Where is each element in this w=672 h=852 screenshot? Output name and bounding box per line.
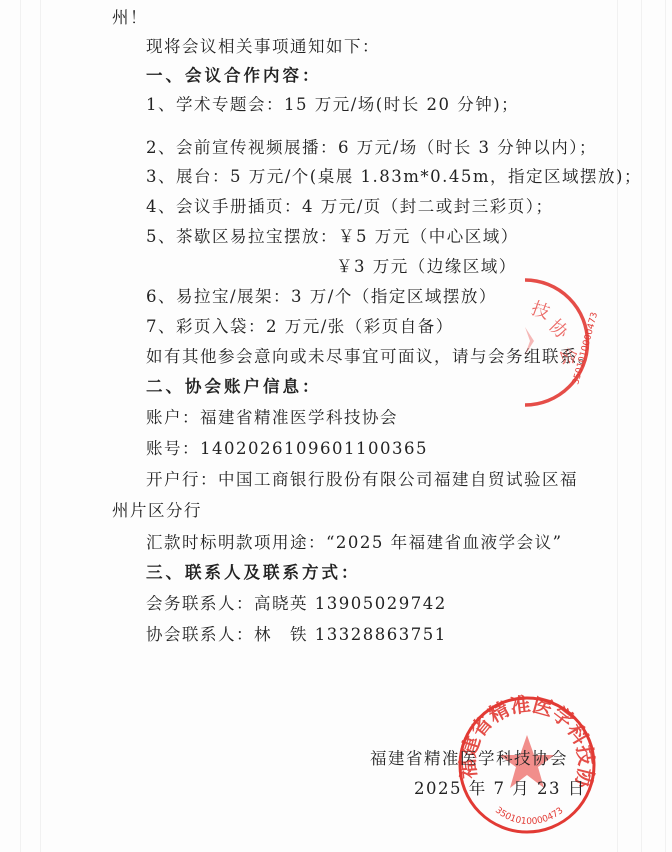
svg-text:福建省精准医学科技协会: 福建省精准医学科技协会 — [455, 693, 599, 792]
document-page: 州！现将会议相关事项通知如下：一、会议合作内容：1、学术专题会：15 万元/场(… — [0, 0, 672, 852]
text-line: 1、学术专题会：15 万元/场(时长 20 分钟)； — [146, 95, 519, 115]
text-line: 6、易拉宝/展架：3 万/个（指定区域摆放） — [146, 287, 497, 307]
text-line: 现将会议相关事项通知如下： — [146, 37, 380, 57]
text-line: ￥3 万元（边缘区域） — [336, 257, 517, 277]
signature-date: 2025 年 7 月 23 日 — [414, 779, 586, 799]
svg-text:协: 协 — [544, 316, 572, 344]
svg-text:技: 技 — [528, 298, 552, 324]
text-line: 账号：1402026109601100365 — [146, 439, 428, 459]
text-line: 汇款时标明款项用途：“2025 年福建省血液学会议” — [146, 533, 563, 553]
scan-artifact-line — [40, 0, 41, 852]
section-heading: 二、协会账户信息： — [146, 377, 322, 397]
text-line: 账户：福建省精准医学科技协会 — [146, 408, 398, 428]
text-line: 5、茶歇区易拉宝摆放：￥5 万元（中心区域） — [146, 227, 519, 247]
text-line: 州！ — [112, 8, 148, 28]
section-heading: 三、联系人及联系方式： — [146, 563, 361, 583]
scan-artifact-line — [20, 0, 21, 852]
text-line: 州片区分行 — [112, 501, 202, 521]
text-line: 7、彩页入袋：2 万元/张（彩页自备） — [146, 317, 454, 337]
scan-artifact-line — [641, 0, 642, 852]
text-line: 会务联系人：高晓英 13905029742 — [146, 594, 447, 614]
svg-text:3501010000473: 3501010000473 — [493, 806, 565, 828]
text-line: 3、展台：5 万元/个(桌展 1.83m*0.45m，指定区域摆放)； — [146, 167, 642, 187]
scan-artifact-line — [665, 0, 666, 852]
text-line: 协会联系人：林 铁 13328863751 — [146, 625, 447, 645]
text-line: 4、会议手册插页：4 万元/页（封二或封三彩页）； — [146, 197, 554, 217]
text-line: 开户行：中国工商银行股份有限公司福建自贸试验区福 — [146, 470, 578, 490]
text-line: 如有其他参会意向或未尽事宜可面议，请与会务组联系。 — [146, 347, 596, 367]
section-heading: 一、会议合作内容： — [146, 66, 322, 86]
signature-org: 福建省精准医学科技协会 — [370, 749, 568, 769]
text-line: 2、会前宣传视频展播：6 万元/场（时长 3 分钟以内）； — [146, 138, 597, 158]
scan-artifact-line — [617, 0, 618, 852]
